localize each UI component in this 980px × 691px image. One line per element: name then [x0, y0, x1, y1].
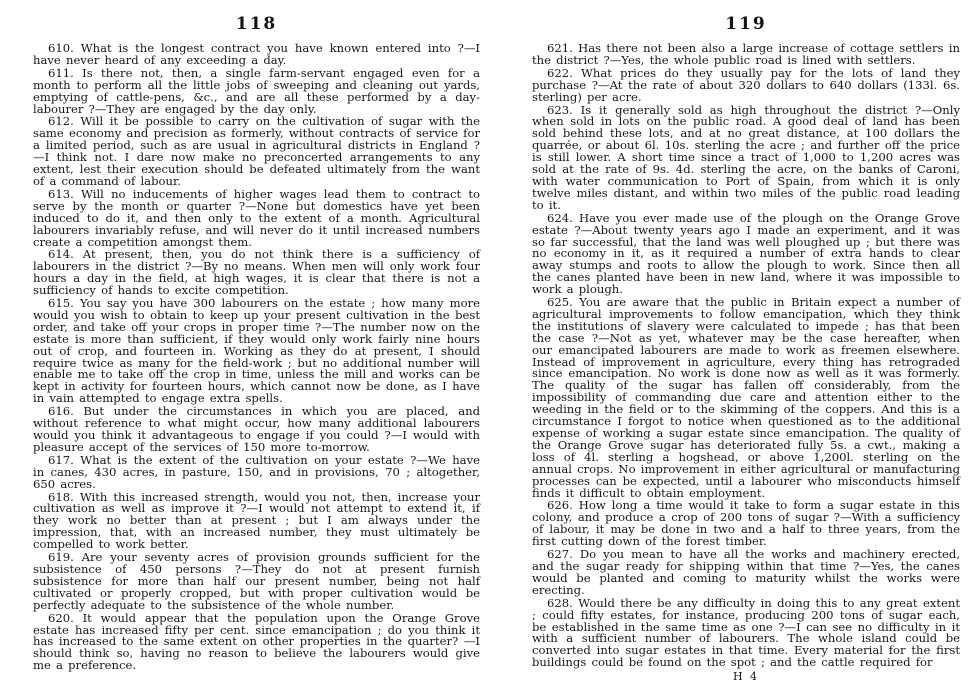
paragraph: 621. Has there not been also a large inc…: [532, 43, 960, 67]
paragraph: 612. Will it be possible to carry on the…: [33, 116, 480, 187]
paragraph: 626. How long a time would it take to fo…: [532, 500, 960, 548]
paragraph: 618. With this increased strength, would…: [33, 492, 480, 552]
paragraph: 614. At present, then, you do not think …: [33, 249, 480, 297]
paragraph: 623. Is it generally sold as high throug…: [532, 105, 960, 212]
paragraph: 625. You are aware that the public in Br…: [532, 297, 960, 499]
book-spread: 118 610. What is the longest contract yo…: [0, 0, 980, 691]
paragraph: 615. You say you have 300 labourers on t…: [33, 298, 480, 405]
paragraph: 616. But under the circumstances in whic…: [33, 406, 480, 454]
page-number-right: 119: [532, 14, 960, 34]
paragraph: 619. Are your seventy acres of provision…: [33, 552, 480, 612]
signature-mark: H 4: [532, 670, 960, 683]
paragraph: 620. It would appear that the population…: [33, 613, 480, 673]
page-body-left: 610. What is the longest contract you ha…: [33, 43, 480, 672]
paragraph: 628. Would there be any difficulty in do…: [532, 598, 960, 669]
paragraph: 624. Have you ever made use of the ploug…: [532, 213, 960, 296]
paragraph: 611. Is there not, then, a single farm-s…: [33, 68, 480, 116]
page-119: 119 621. Has there not been also a large…: [532, 0, 960, 683]
paragraph: 617. What is the extent of the cultivati…: [33, 455, 480, 491]
paragraph: 610. What is the longest contract you ha…: [33, 43, 480, 67]
paragraph: 622. What prices do they usually pay for…: [532, 68, 960, 104]
page-118: 118 610. What is the longest contract yo…: [33, 0, 480, 673]
page-number-left: 118: [33, 14, 480, 34]
paragraph: 627. Do you mean to have all the works a…: [532, 549, 960, 597]
page-body-right: 621. Has there not been also a large inc…: [532, 43, 960, 669]
paragraph: 613. Will no inducements of higher wages…: [33, 189, 480, 249]
